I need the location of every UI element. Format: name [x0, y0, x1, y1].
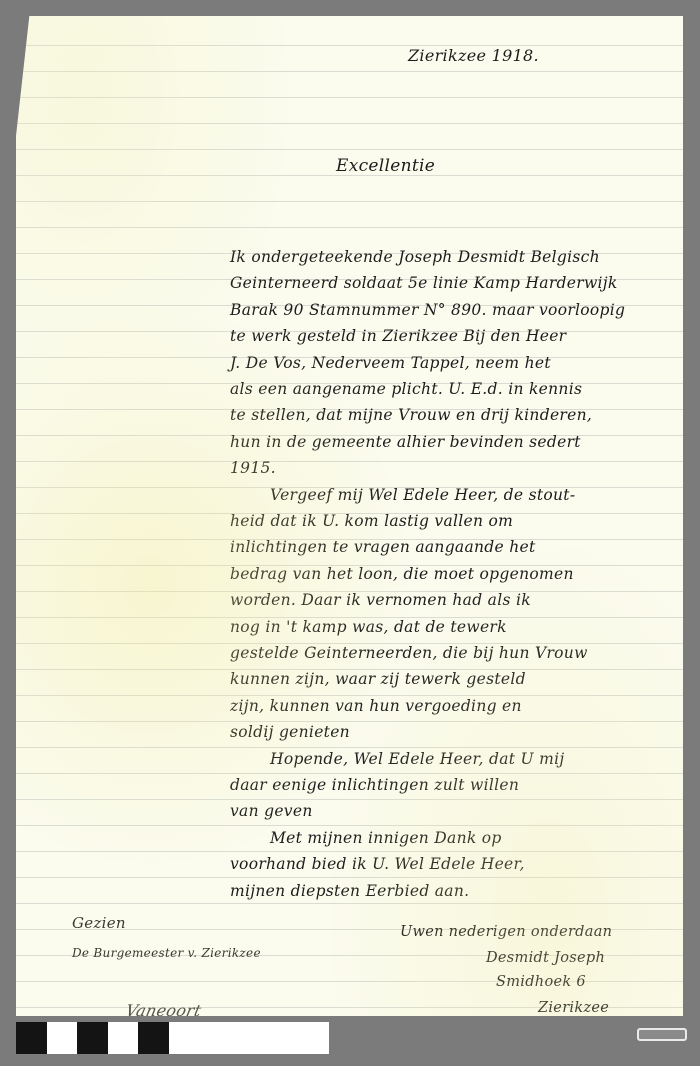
letter-line: Barak 90 Stamnummer N° 890. maar voorloo… [230, 301, 625, 319]
letter-line: heid dat ik U. kom lastig vallen om [230, 512, 513, 530]
letter-line: 1915. [230, 459, 276, 477]
letter-line: voorhand bied ik U. Wel Edele Heer, [230, 855, 525, 873]
letter-line: hun in de gemeente alhier bevinden seder… [230, 433, 581, 451]
letter-line: te werk gesteld in Zierikzee Bij den Hee… [230, 327, 566, 345]
signature-line: Desmidt Joseph [486, 950, 605, 966]
letter-line: van geven [230, 802, 313, 820]
letter-line: daar eenige inlichtingen zult willen [230, 776, 519, 794]
annotation-line: De Burgemeester v. Zierikzee [72, 946, 261, 960]
calibration-patch-white [108, 1022, 138, 1054]
letter-line: kunnen zijn, waar zij tewerk gesteld [230, 670, 526, 688]
letter-line: als een aangename plicht. U. E.d. in ken… [230, 380, 582, 398]
letter-line: Vergeef mij Wel Edele Heer, de stout- [230, 486, 575, 504]
scale-marker [637, 1028, 687, 1041]
official-signature: Vaneoort [124, 1001, 203, 1020]
letter-line: zijn, kunnen van hun vergoeding en [230, 697, 522, 715]
letter-line: Met mijnen innigen Dank op [230, 829, 502, 847]
letter-line: inlichtingen te vragen aangaande het [230, 538, 536, 556]
calibration-patch-black [138, 1022, 169, 1054]
letter-line: Hopende, Wel Edele Heer, dat U mij [230, 750, 564, 768]
letter-line: worden. Daar ik vernomen had als ik [230, 591, 531, 609]
signature-line: Smidhoek 6 [496, 974, 586, 990]
calibration-patch-white [47, 1022, 77, 1054]
letter-line: Ik ondergeteekende Joseph Desmidt Belgis… [230, 248, 600, 266]
closing-phrase: Uwen nederigen onderdaan [400, 924, 612, 940]
letter-line: Geinterneerd soldaat 5e linie Kamp Harde… [230, 274, 618, 292]
calibration-patch-black [16, 1022, 47, 1054]
calibration-patch-black [77, 1022, 108, 1054]
letter-line: te stellen, dat mijne Vrouw en drij kind… [230, 406, 592, 424]
color-calibration-strip [16, 1022, 329, 1054]
letter-line: J. De Vos, Nederveem Tappel, neem het [230, 354, 551, 372]
calibration-patch-white-wide [169, 1022, 329, 1054]
letter-line: mijnen diepsten Eerbied aan. [230, 882, 469, 900]
letter-line: nog in 't kamp was, dat de tewerk [230, 618, 507, 636]
salutation: Excellentie [336, 156, 435, 176]
letter-page: Zierikzee 1918. Excellentie Ik ondergete… [16, 16, 683, 1016]
letter-line: bedrag van het loon, die moet opgenomen [230, 565, 574, 583]
signature-line: Zierikzee [538, 1000, 609, 1016]
place-date: Zierikzee 1918. [408, 46, 539, 65]
letter-line: gestelde Geinterneerden, die bij hun Vro… [230, 644, 588, 662]
letter-line: soldij genieten [230, 723, 350, 741]
annotation-line: Gezien [72, 914, 126, 932]
